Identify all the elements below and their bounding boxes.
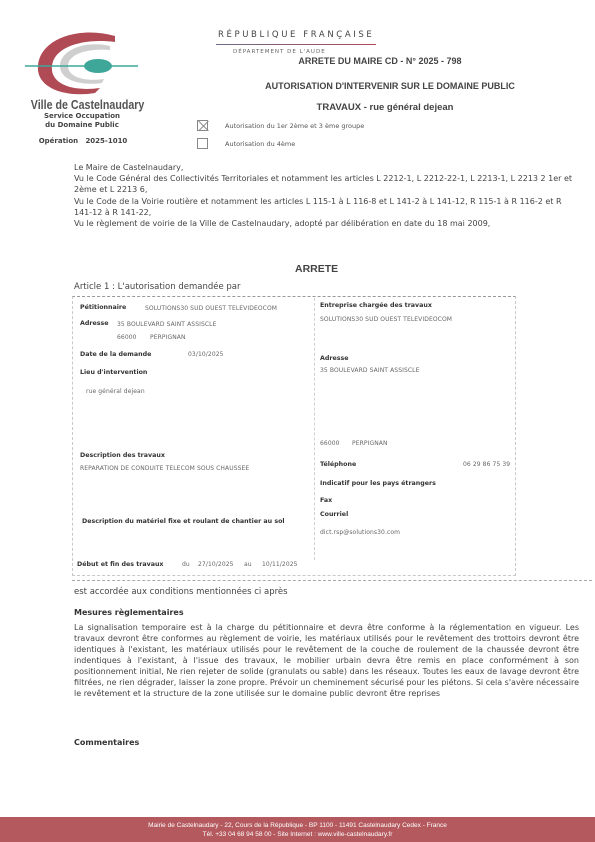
- preamble-line: Vu le Code Général des Collectivités Ter…: [74, 173, 579, 195]
- footer: Mairie de Castelnaudary - 22, Cours de l…: [0, 817, 595, 842]
- entreprise-adresse-line1: 35 BOULEVARD SAINT ASSISCLE: [320, 367, 420, 374]
- checkbox-row-groupe-1-3[interactable]: Autorisation du 1er 2ème et 3 ème groupe: [197, 120, 364, 131]
- entreprise-label: Entreprise chargée des travaux: [320, 302, 432, 309]
- footer-address: Mairie de Castelnaudary - 22, Cours de l…: [0, 821, 595, 830]
- materiel-label: Description du matériel fixe et roulant …: [82, 518, 285, 525]
- accordee-text: est accordée aux conditions mentionnées …: [74, 587, 288, 597]
- adresse-label: Adresse: [80, 320, 109, 327]
- mesures-text: La signalisation temporaire est à la cha…: [74, 622, 579, 699]
- operation-number: 2025-1010: [85, 137, 127, 145]
- preamble-line: Vu le règlement de voirie de la Ville de…: [74, 218, 579, 229]
- adresse-line1: 35 BOULEVARD SAINT ASSISCLE: [117, 321, 217, 328]
- description-travaux-label: Description des travaux: [80, 452, 165, 459]
- republique-francaise: RÉPUBLIQUE FRANÇAISE: [218, 30, 374, 40]
- courriel-label: Courriel: [320, 511, 348, 518]
- checkbox-row-groupe-4[interactable]: Autorisation du 4ème: [197, 138, 295, 149]
- indicatif-label: Indicatif pour les pays étrangers: [320, 480, 436, 487]
- fax-label: Fax: [320, 497, 332, 504]
- checkbox-label: Autorisation du 1er 2ème et 3 ème groupe: [225, 122, 364, 130]
- service-line-1: Service Occupation: [42, 112, 122, 121]
- service-line-2: du Domaine Public: [42, 121, 122, 130]
- departement: DÉPARTEMENT DE L'AUDE: [233, 49, 326, 55]
- debut-fin-label: Début et fin des travaux: [77, 561, 164, 568]
- date-demande-value: 03/10/2025: [188, 351, 224, 358]
- petitionnaire-label: Pétitionnaire: [80, 304, 126, 311]
- checkbox-unchecked-icon[interactable]: [197, 138, 208, 149]
- operation-line: Opération 2025-1010: [26, 137, 140, 145]
- preamble-line: Vu le Code de la Voirie routière et nota…: [74, 196, 579, 218]
- date-demande-label: Date de la demande: [80, 351, 151, 358]
- checkbox-label: Autorisation du 4ème: [225, 140, 295, 148]
- footer-contact: Tél. +33 04 68 94 58 00 - Site Internet …: [0, 830, 595, 839]
- request-details-box: [72, 296, 516, 576]
- date-fin: 10/11/2025: [262, 561, 298, 568]
- entreprise-ville: PERPIGNAN: [352, 440, 388, 447]
- travaux-title: TRAVAUX - rue général dejean: [215, 102, 555, 113]
- adresse-cp: 66000: [117, 334, 137, 341]
- entreprise-adresse-label: Adresse: [320, 355, 349, 362]
- description-travaux-value: REPARATION DE CONDUITE TELECOM SOUS CHAU…: [80, 465, 249, 472]
- arrete-title: ARRETE DU MAIRE CD - N° 2025 - 798: [210, 56, 550, 66]
- preamble: Le Maire de Castelnaudary, Vu le Code Gé…: [74, 162, 579, 229]
- castelnaudary-logo: [20, 28, 140, 98]
- autorisation-subtitle: AUTORISATION D'INTERVENIR SUR LE DOMAINE…: [205, 81, 575, 91]
- date-debut: 27/10/2025: [198, 561, 234, 568]
- header-divider: [216, 44, 376, 45]
- city-name: Ville de Castelnaudary: [31, 97, 129, 112]
- du-label: du: [182, 561, 190, 568]
- telephone-value: 06 29 86 75 39: [463, 461, 510, 468]
- mesures-title: Mesures règlementaires: [74, 608, 184, 617]
- column-divider: [314, 298, 315, 560]
- box-bottom-divider: [72, 580, 592, 581]
- checkbox-checked-icon[interactable]: [197, 120, 208, 131]
- entreprise-value: SOLUTIONS30 SUD OUEST TELEVIDEOCOM: [320, 316, 452, 323]
- article-1: Article 1 : L'autorisation demandée par: [74, 282, 240, 292]
- lieu-intervention-label: Lieu d'intervention: [80, 369, 147, 376]
- arrete-heading: ARRETE: [295, 263, 338, 275]
- courriel-value: dict.rsp@solutions30.com: [320, 529, 400, 536]
- adresse-ville: PERPIGNAN: [150, 334, 186, 341]
- lieu-intervention-value: rue général dejean: [86, 388, 145, 395]
- preamble-line: Le Maire de Castelnaudary,: [74, 162, 579, 173]
- petitionnaire-value: SOLUTIONS30 SUD OUEST TELEVIDEOCOM: [145, 305, 277, 312]
- entreprise-cp: 66000: [320, 440, 340, 447]
- au-label: au: [244, 561, 252, 568]
- telephone-label: Téléphone: [320, 461, 356, 468]
- operation-label: Opération: [39, 137, 78, 145]
- commentaires-title: Commentaires: [74, 738, 139, 747]
- logo-text-block: Ville de Castelnaudary Service Occupatio…: [20, 97, 140, 145]
